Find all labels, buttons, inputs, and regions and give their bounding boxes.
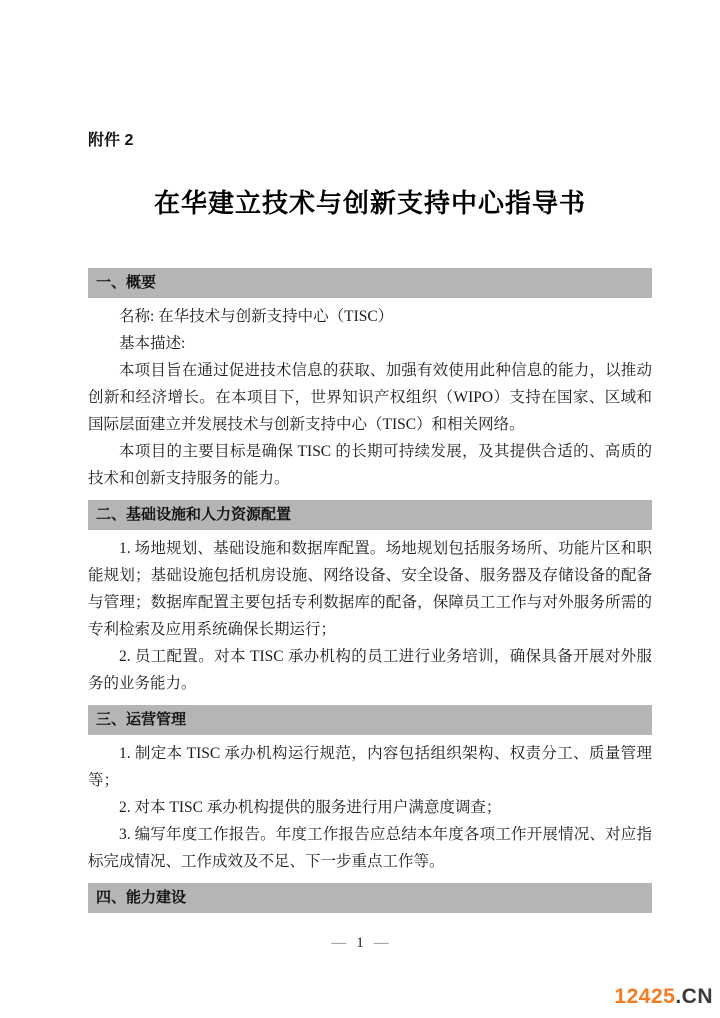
section-content-operations: 1. 制定本 TISC 承办机构运行规范，内容包括组织架构、权责分工、质量管理等… bbox=[88, 740, 652, 875]
document-title: 在华建立技术与创新支持中心指导书 bbox=[88, 186, 652, 222]
paragraph: 2. 员工配置。对本 TISC 承办机构的员工进行业务培训，确保具备开展对外服务… bbox=[88, 643, 652, 697]
document-page: 附件 2 在华建立技术与创新支持中心指导书 一、概要 名称: 在华技术与创新支持… bbox=[0, 0, 720, 1018]
section-header-overview: 一、概要 bbox=[88, 268, 652, 298]
watermark-brand-text: 12425 bbox=[614, 985, 675, 1008]
page-number: —1— bbox=[0, 933, 720, 953]
attachment-label: 附件 2 bbox=[88, 130, 652, 152]
paragraph: 2. 对本 TISC 承办机构提供的服务进行用户满意度调查； bbox=[88, 794, 652, 821]
paragraph: 1. 制定本 TISC 承办机构运行规范，内容包括组织架构、权责分工、质量管理等… bbox=[88, 740, 652, 794]
section-header-operations: 三、运营管理 bbox=[88, 705, 652, 735]
section-header-infrastructure: 二、基础设施和人力资源配置 bbox=[88, 500, 652, 530]
section-header-capacity-building: 四、能力建设 bbox=[88, 883, 652, 913]
paragraph: 1. 场地规划、基础设施和数据库配置。场地规划包括服务场所、功能片区和职能规划；… bbox=[88, 535, 652, 643]
site-watermark: 12425.CN bbox=[614, 985, 713, 1008]
page-number-dash-right: — bbox=[374, 935, 389, 951]
paragraph: 本项目的主要目标是确保 TISC 的长期可持续发展，及其提供合适的、高质的技术和… bbox=[88, 438, 652, 492]
paragraph: 本项目旨在通过促进技术信息的获取、加强有效使用此种信息的能力，以推动创新和经济增… bbox=[88, 357, 652, 438]
section-content-overview: 名称: 在华技术与创新支持中心（TISC） 基本描述: 本项目旨在通过促进技术信… bbox=[88, 303, 652, 492]
page-number-value: 1 bbox=[346, 935, 374, 951]
watermark-suffix-text: .CN bbox=[675, 985, 713, 1008]
paragraph: 名称: 在华技术与创新支持中心（TISC） bbox=[88, 303, 652, 330]
paragraph: 基本描述: bbox=[88, 330, 652, 357]
section-content-infrastructure: 1. 场地规划、基础设施和数据库配置。场地规划包括服务场所、功能片区和职能规划；… bbox=[88, 535, 652, 697]
page-number-dash-left: — bbox=[331, 935, 346, 951]
paragraph: 3. 编写年度工作报告。年度工作报告应总结本年度各项工作开展情况、对应指标完成情… bbox=[88, 821, 652, 875]
